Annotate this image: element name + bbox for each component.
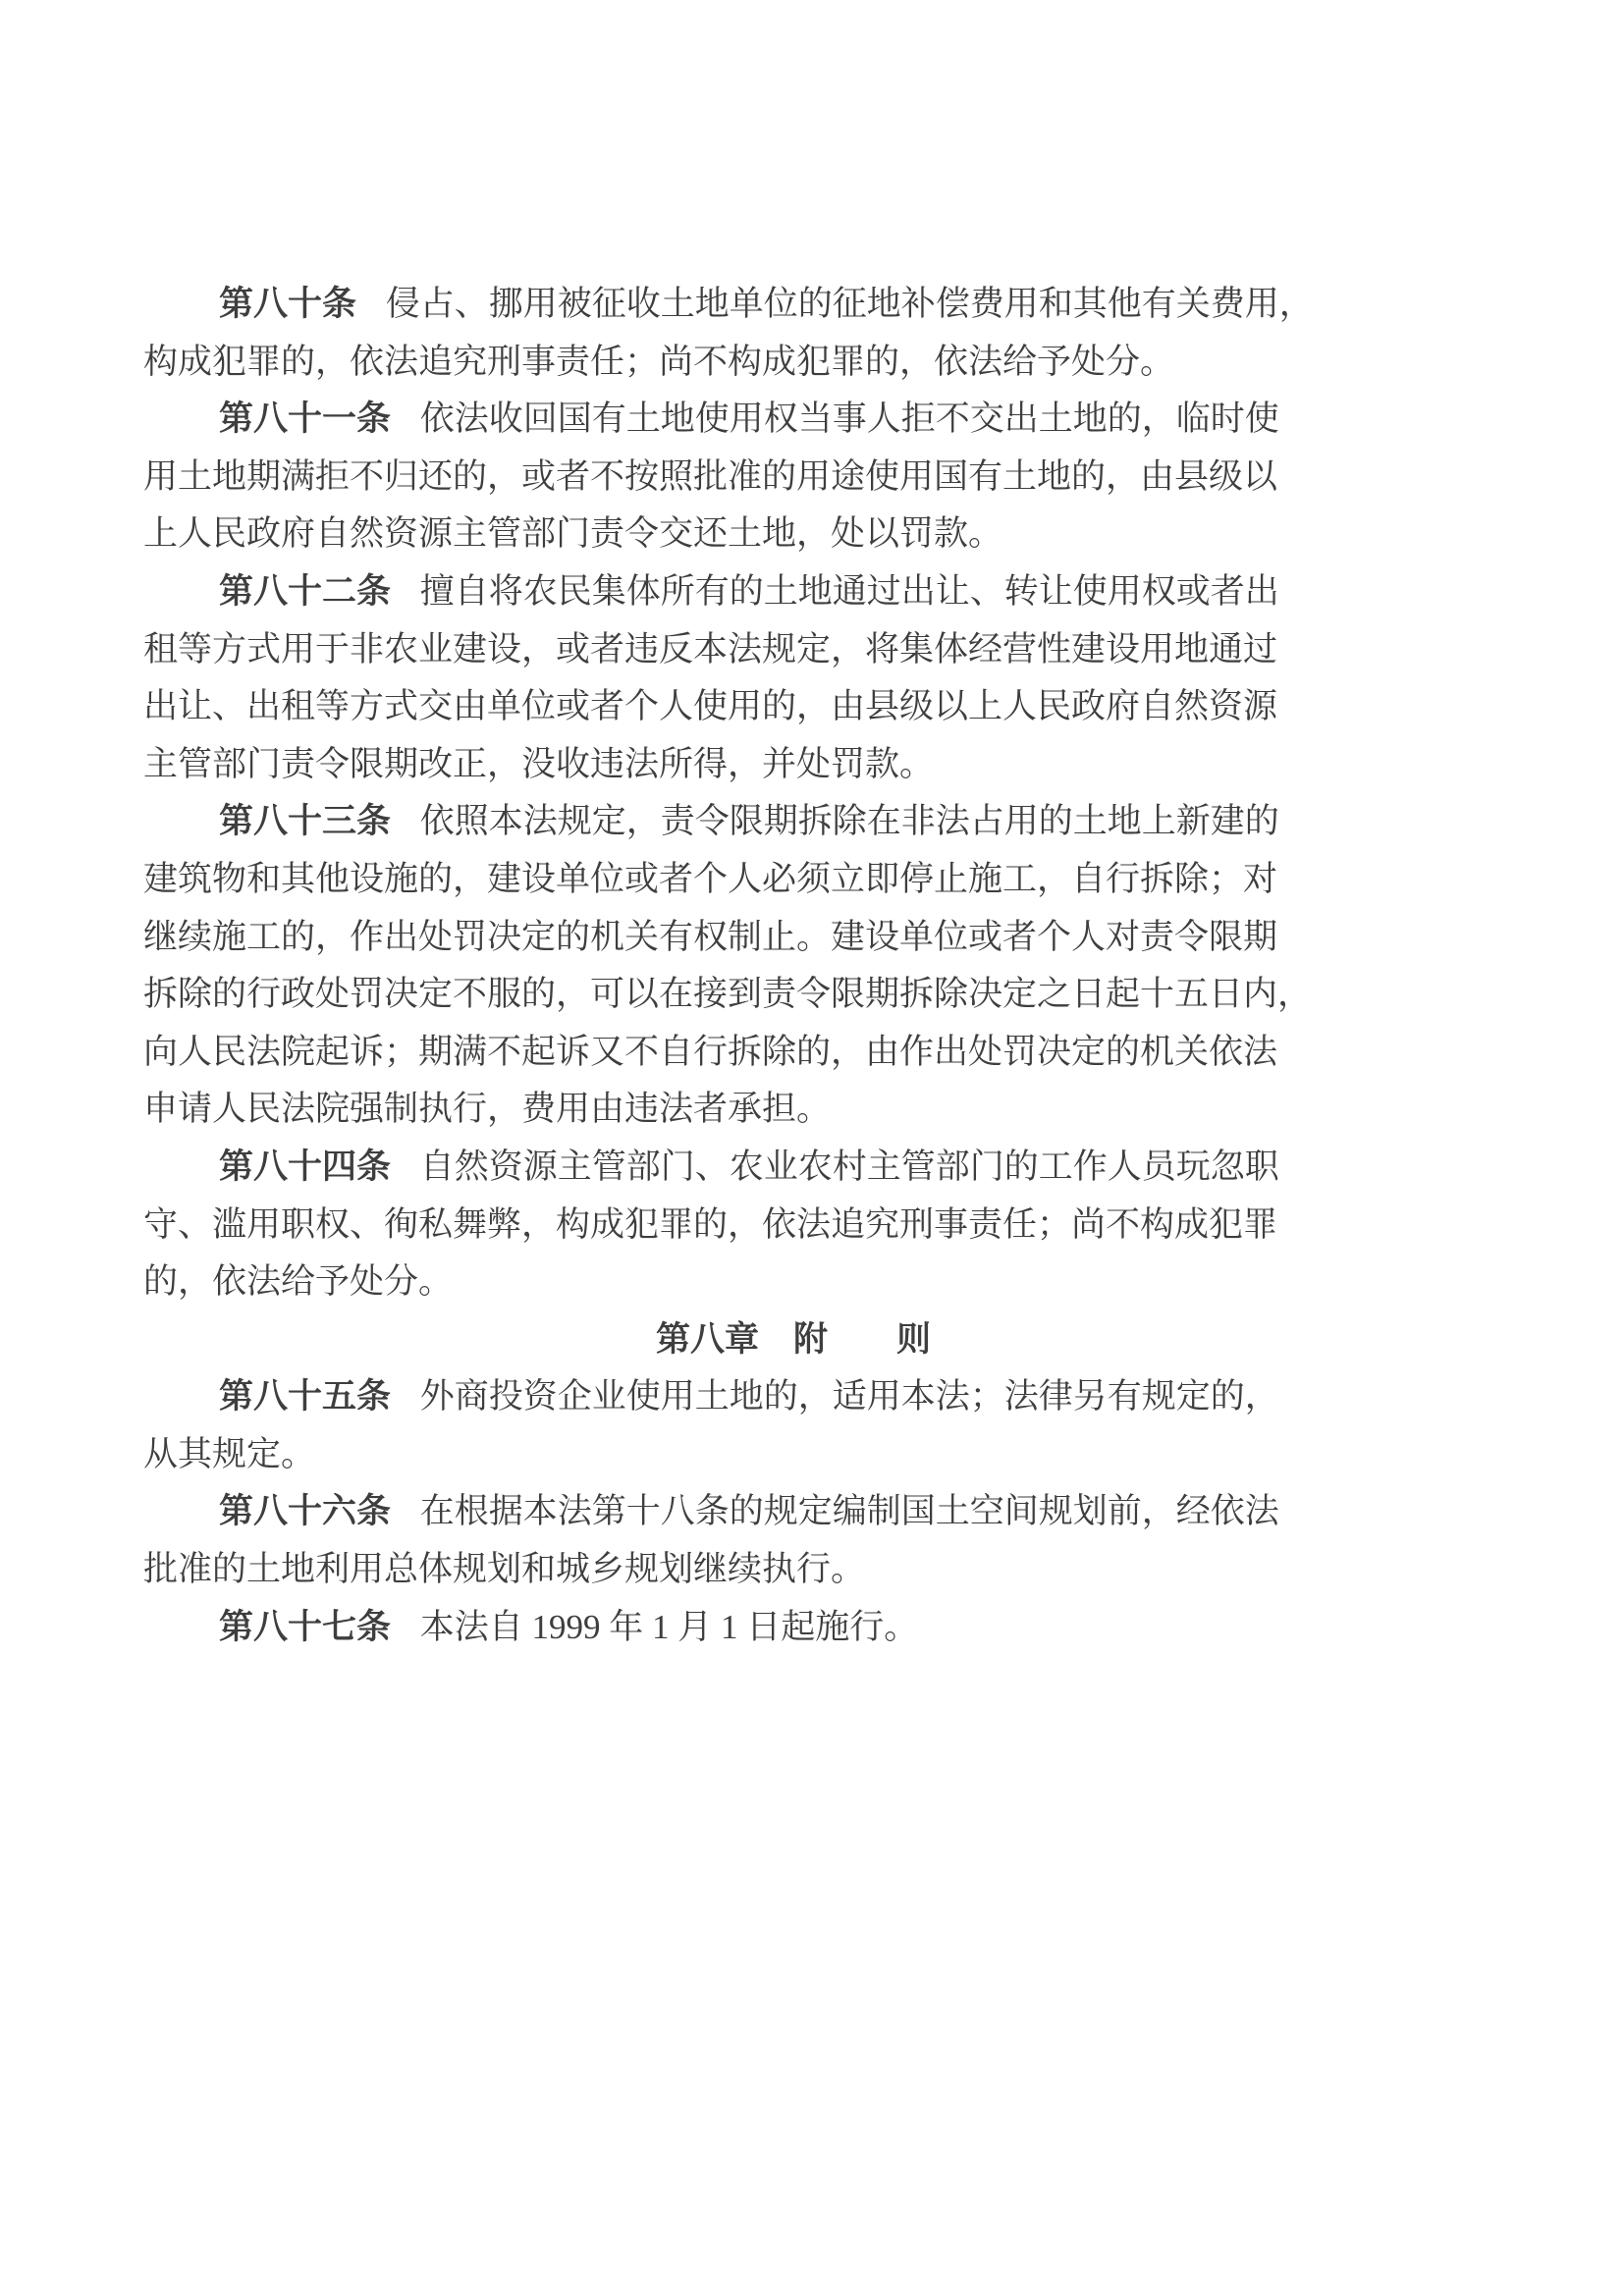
- text-block: 第八十条侵占、挪用被征收土地单位的征地补偿费用和其他有关费用，构成犯罪的，依法追…: [143, 276, 1290, 1656]
- article-number: 第八十五条: [219, 1377, 391, 1415]
- article-first-line: 第八十五条外商投资企业使用土地的，适用本法；法律另有规定的，: [143, 1368, 1290, 1426]
- article-line: 租等方式用于非农业建设，或者违反本法规定，将集体经营性建设用地通过: [143, 621, 1290, 679]
- document-page: 第八十条侵占、挪用被征收土地单位的征地补偿费用和其他有关费用，构成犯罪的，依法追…: [0, 0, 1624, 2296]
- article-first-line: 第八十六条在根据本法第十八条的规定编制国土空间规划前，经依法: [143, 1483, 1290, 1541]
- article-number: 第八十二条: [219, 572, 391, 611]
- article-number: 第八十三条: [219, 802, 391, 840]
- article-line: 继续施工的，作出处罚决定的机关有权制止。建设单位或者个人对责令限期: [143, 909, 1290, 967]
- chapter-heading: 第八章 附 则: [143, 1311, 1290, 1369]
- article-text: 在根据本法第十八条的规定编制国土空间规划前，经依法: [420, 1492, 1279, 1530]
- article-text: 本法自 1999 年 1 月 1 日起施行。: [420, 1608, 919, 1646]
- article-first-line: 第八十一条依法收回国有土地使用权当事人拒不交出土地的，临时使: [143, 391, 1290, 449]
- article-text: 依照本法规定，责令限期拆除在非法占用的土地上新建的: [420, 802, 1279, 840]
- article-number: 第八十六条: [219, 1492, 391, 1530]
- article-line: 的，依法给予处分。: [143, 1254, 1290, 1311]
- article-line: 拆除的行政处罚决定不服的，可以在接到责令限期拆除决定之日起十五日内，: [143, 966, 1290, 1024]
- article-first-line: 第八十四条自然资源主管部门、农业农村主管部门的工作人员玩忽职: [143, 1139, 1290, 1197]
- article-line: 建筑物和其他设施的，建设单位或者个人必须立即停止施工，自行拆除；对: [143, 851, 1290, 909]
- article-line: 守、滥用职权、徇私舞弊，构成犯罪的，依法追究刑事责任；尚不构成犯罪: [143, 1197, 1290, 1255]
- article-number: 第八十四条: [219, 1148, 391, 1186]
- article-line: 构成犯罪的，依法追究刑事责任；尚不构成犯罪的，依法给予处分。: [143, 334, 1290, 392]
- article-line: 用土地期满拒不归还的，或者不按照批准的用途使用国有土地的，由县级以: [143, 449, 1290, 507]
- article-text: 外商投资企业使用土地的，适用本法；法律另有规定的，: [420, 1377, 1279, 1415]
- article-line: 批准的土地利用总体规划和城乡规划继续执行。: [143, 1541, 1290, 1599]
- article-first-line: 第八十条侵占、挪用被征收土地单位的征地补偿费用和其他有关费用，: [143, 276, 1290, 334]
- article-text: 擅自将农民集体所有的土地通过出让、转让使用权或者出: [420, 572, 1279, 611]
- article-line: 申请人民法院强制执行，费用由违法者承担。: [143, 1081, 1290, 1139]
- article-number: 第八十条: [219, 285, 356, 323]
- article-first-line: 第八十三条依照本法规定，责令限期拆除在非法占用的土地上新建的: [143, 793, 1290, 851]
- article-number: 第八十一条: [219, 400, 391, 438]
- article-first-line: 第八十二条擅自将农民集体所有的土地通过出让、转让使用权或者出: [143, 563, 1290, 621]
- article-line: 向人民法院起诉；期满不起诉又不自行拆除的，由作出处罚决定的机关依法: [143, 1024, 1290, 1082]
- article-line: 上人民政府自然资源主管部门责令交还土地，处以罚款。: [143, 506, 1290, 563]
- article-line: 从其规定。: [143, 1426, 1290, 1484]
- article-line: 出让、出租等方式交由单位或者个人使用的，由县级以上人民政府自然资源: [143, 678, 1290, 736]
- article-text: 侵占、挪用被征收土地单位的征地补偿费用和其他有关费用，: [386, 285, 1314, 323]
- article-text: 依法收回国有土地使用权当事人拒不交出土地的，临时使: [420, 400, 1279, 438]
- article-first-line: 第八十七条本法自 1999 年 1 月 1 日起施行。: [143, 1599, 1290, 1657]
- article-text: 自然资源主管部门、农业农村主管部门的工作人员玩忽职: [420, 1148, 1279, 1186]
- article-line: 主管部门责令限期改正，没收违法所得，并处罚款。: [143, 736, 1290, 794]
- article-number: 第八十七条: [219, 1608, 391, 1646]
